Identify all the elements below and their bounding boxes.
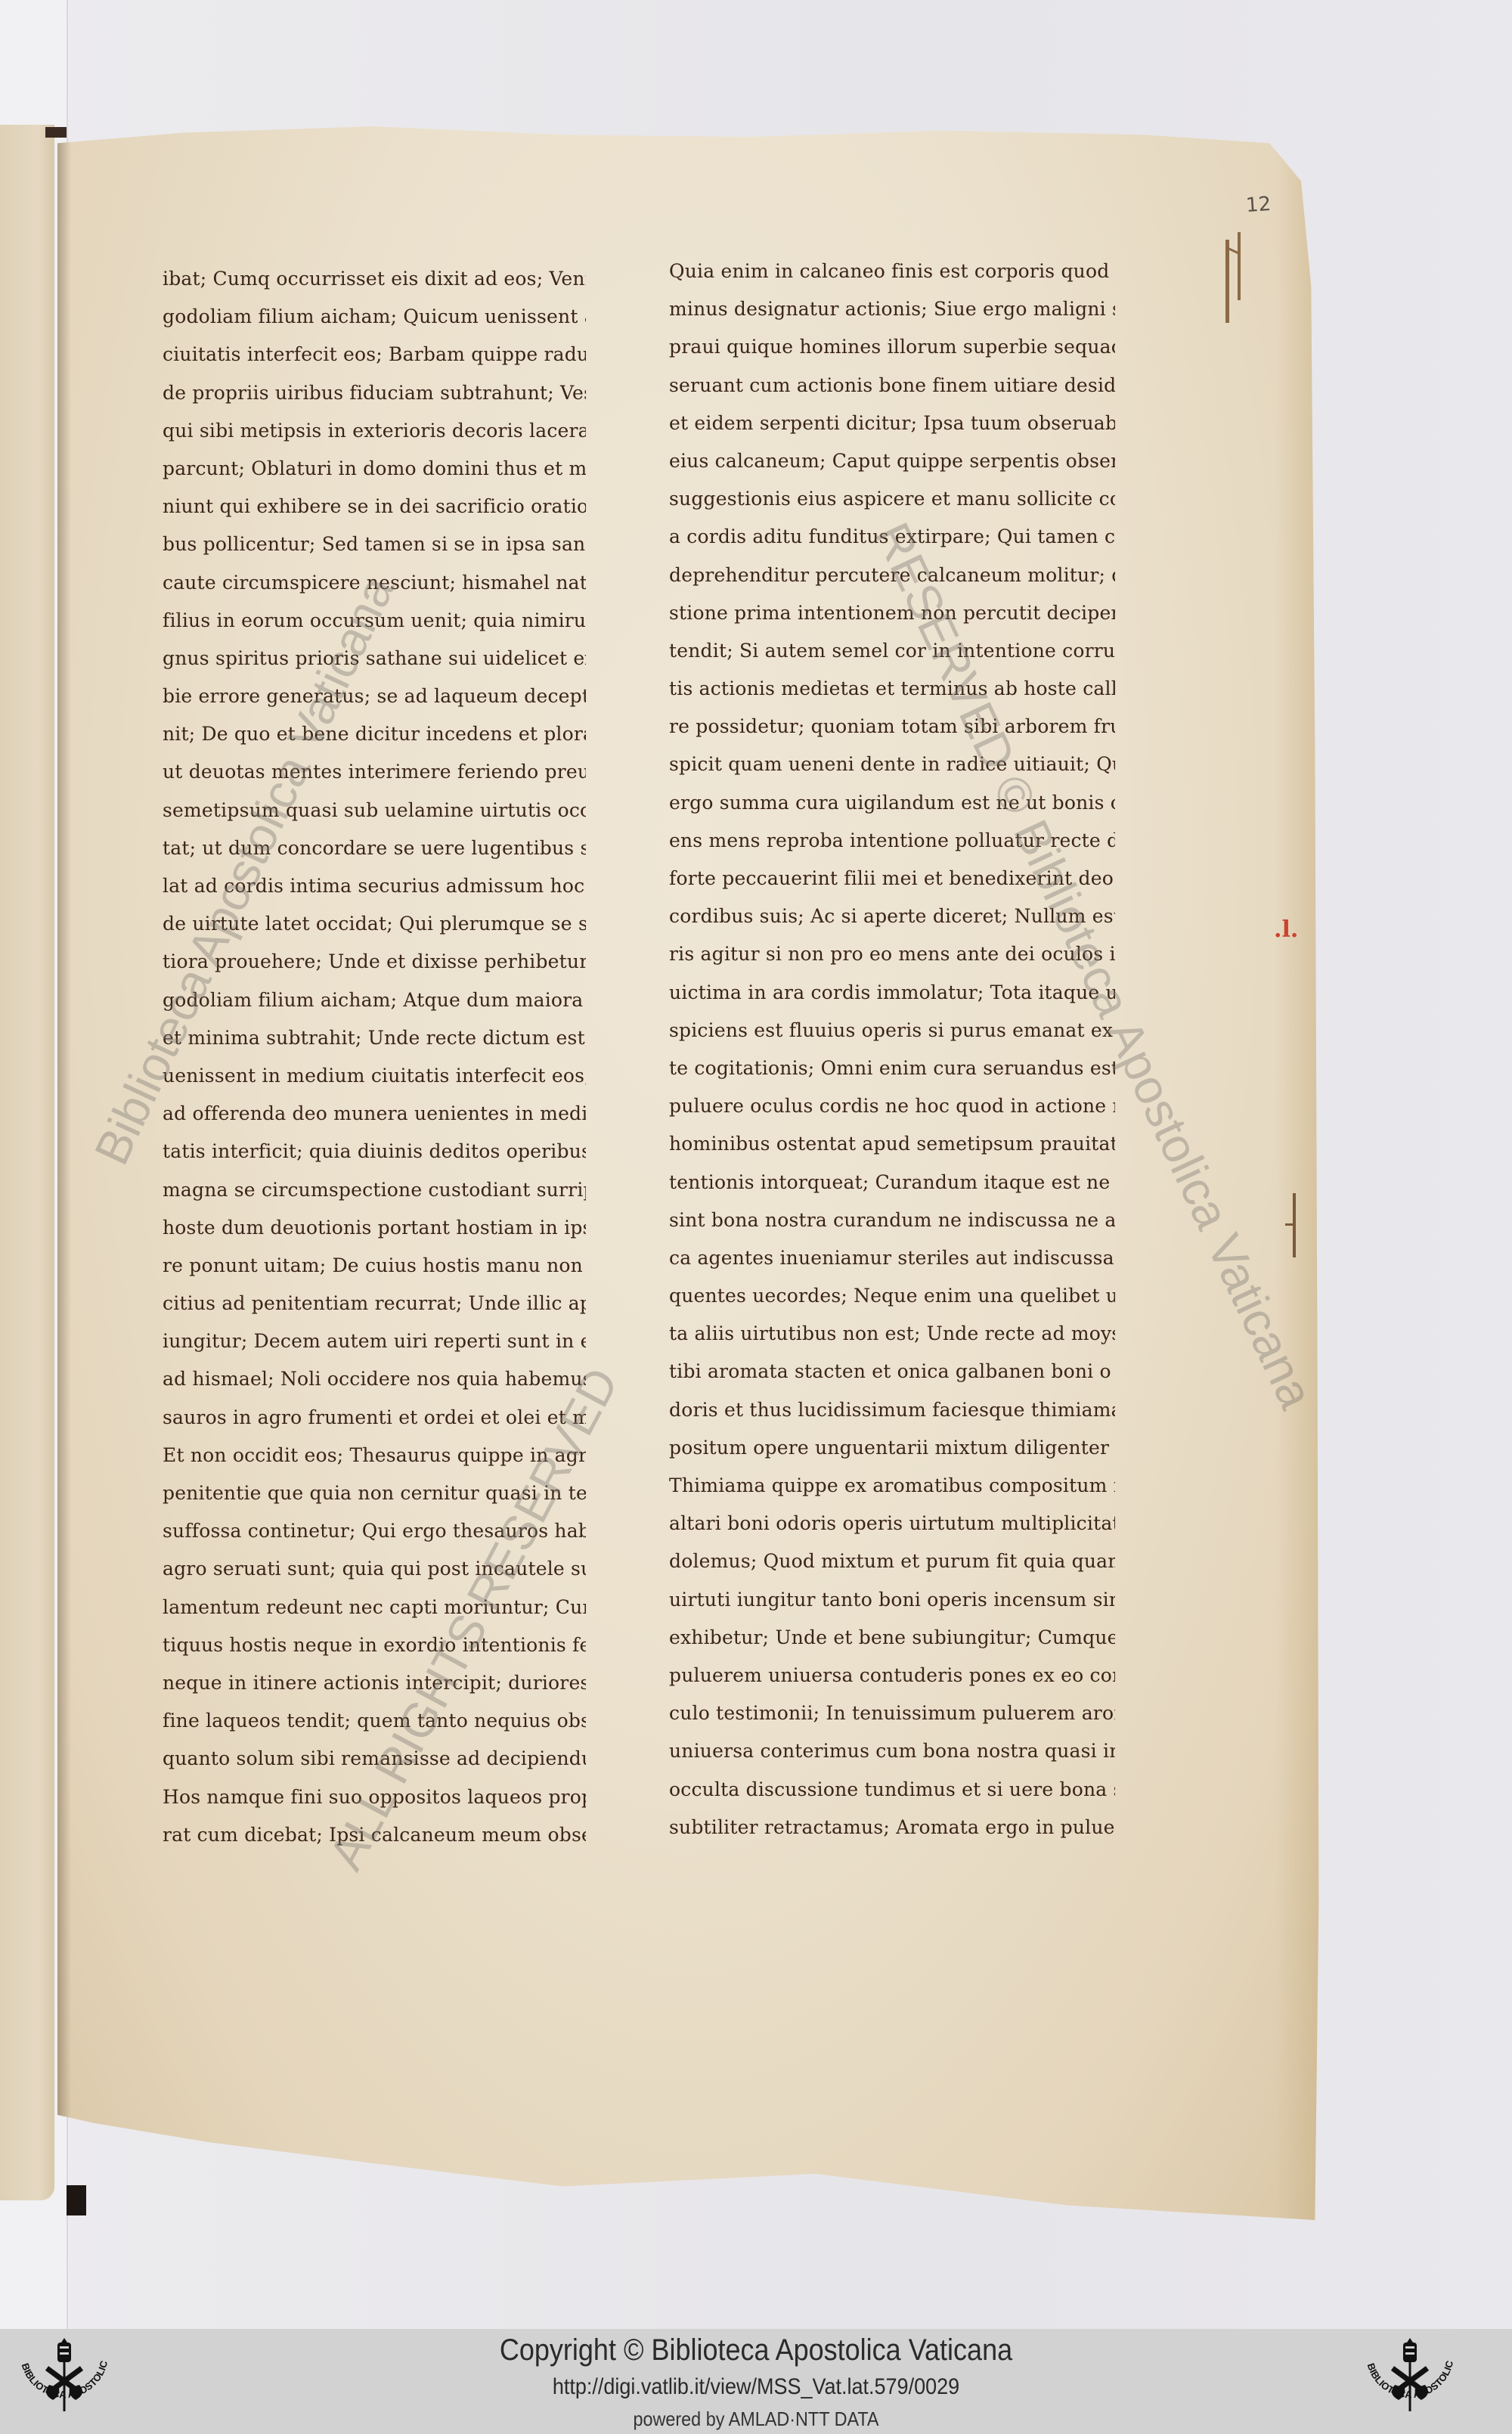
manuscript-line: eius calcaneum; Caput quippe serpentis o… bbox=[669, 442, 1115, 480]
manuscript-line: nit; De quo et bene dicitur incedens et … bbox=[163, 715, 586, 753]
manuscript-line: culo testimonii; In tenuissimum puluerem… bbox=[669, 1694, 1115, 1732]
copyright-footer: BIBLIOTECA APOSTOLICA VATICANA Copyright… bbox=[0, 2329, 1512, 2434]
manuscript-line: ut deuotas mentes interimere feriendo pr… bbox=[163, 753, 586, 791]
marginal-note-icon bbox=[1285, 1193, 1308, 1269]
manuscript-line: ad offerenda deo munera uenientes in med… bbox=[163, 1095, 586, 1133]
image-viewer-canvas[interactable]: 12 .l. ibat; Cumq occurrisset eis dixit … bbox=[0, 0, 1512, 2329]
leaf-edge-shading bbox=[1275, 118, 1320, 2220]
manuscript-line: spiciens est fluuius operis si purus ema… bbox=[669, 1012, 1115, 1050]
vatican-library-logo-icon: BIBLIOTECA APOSTOLICA VATICANA bbox=[1353, 2332, 1467, 2430]
text-column-right: Quia enim in calcaneo finis est corporis… bbox=[669, 253, 1115, 1846]
manuscript-line: positum opere unguentarii mixtum diligen… bbox=[669, 1429, 1115, 1467]
manuscript-line: uirtuti iungitur tanto boni operis incen… bbox=[669, 1581, 1115, 1619]
manuscript-line: minus designatur actionis; Siue ergo mal… bbox=[669, 290, 1115, 328]
manuscript-line: neque in itinere actionis intercipit; du… bbox=[163, 1664, 586, 1702]
manuscript-line: puluerem uniuersa contuderis pones ex eo… bbox=[669, 1657, 1115, 1694]
manuscript-line: Et non occidit eos; Thesaurus quippe in … bbox=[163, 1437, 586, 1474]
text-column-left: ibat; Cumq occurrisset eis dixit ad eos;… bbox=[163, 260, 586, 1854]
manuscript-line: et minima subtrahit; Unde recte dictum e… bbox=[163, 1019, 586, 1057]
manuscript-line: ca agentes inueniamur steriles aut indis… bbox=[669, 1239, 1115, 1277]
rubric-marginal-mark: .l. bbox=[1274, 916, 1298, 943]
manuscript-line: ad hismael; Noli occidere nos quia habem… bbox=[163, 1360, 586, 1398]
manuscript-line: occulta discussione tundimus et si uere … bbox=[669, 1771, 1115, 1809]
manuscript-line: gnus spiritus prioris sathane sui uideli… bbox=[163, 640, 586, 677]
manuscript-line: altari boni odoris operis uirtutum multi… bbox=[669, 1505, 1115, 1543]
manuscript-line: hominibus ostentat apud semetipsum praui… bbox=[669, 1125, 1115, 1163]
manuscript-line: agro seruati sunt; quia qui post incaute… bbox=[163, 1550, 586, 1588]
manuscript-line: sint bona nostra curandum ne indiscussa … bbox=[669, 1201, 1115, 1239]
powered-by-text: powered by AMLAD·NTT DATA bbox=[76, 2408, 1436, 2431]
manuscript-line: godoliam filium aicham; Quicum uenissent… bbox=[163, 298, 586, 336]
manuscript-line: parcunt; Oblaturi in domo domini thus et… bbox=[163, 450, 586, 488]
manuscript-line: lat ad cordis intima securius admissum h… bbox=[163, 867, 586, 905]
manuscript-line: subtiliter retractamus; Aromata ergo in … bbox=[669, 1809, 1115, 1846]
manuscript-line: hoste dum deuotionis portant hostiam in … bbox=[163, 1209, 586, 1247]
manuscript-line: rat cum dicebat; Ipsi calcaneum meum obs… bbox=[163, 1816, 586, 1854]
manuscript-line: tatis interficit; quia diuinis deditos o… bbox=[163, 1133, 586, 1170]
manuscript-line: tibi aromata stacten et onica galbanen b… bbox=[669, 1353, 1115, 1391]
manuscript-line: quanto solum sibi remansisse ad decipien… bbox=[163, 1740, 586, 1778]
manuscript-line: ciuitatis interfecit eos; Barbam quippe … bbox=[163, 336, 586, 374]
manuscript-line: semetipsum quasi sub uelamine uirtutis o… bbox=[163, 792, 586, 829]
manuscript-line: ergo summa cura uigilandum est ne ut bon… bbox=[669, 784, 1115, 822]
manuscript-line: deprehenditur percutere calcaneum molitu… bbox=[669, 557, 1115, 594]
manuscript-line: quentes uecordes; Neque enim una quelibe… bbox=[669, 1277, 1115, 1315]
manuscript-line: tis actionis medietas et terminus ab hos… bbox=[669, 670, 1115, 708]
manuscript-line: cordibus suis; Ac si aperte diceret; Nul… bbox=[669, 898, 1115, 935]
manuscript-line: Quia enim in calcaneo finis est corporis… bbox=[669, 253, 1115, 290]
manuscript-line: puluere oculus cordis ne hoc quod in act… bbox=[669, 1087, 1115, 1125]
manuscript-line: de uirtute latet occidat; Qui plerumque … bbox=[163, 905, 586, 943]
manuscript-line: iungitur; Decem autem uiri reperti sunt … bbox=[163, 1322, 586, 1360]
permalink-url[interactable]: http://digi.vatlib.it/view/MSS_Vat.lat.5… bbox=[76, 2374, 1436, 2400]
manuscript-line: ibat; Cumq occurrisset eis dixit ad eos;… bbox=[163, 260, 586, 298]
binding-spine-top bbox=[45, 127, 67, 138]
manuscript-line: bus pollicentur; Sed tamen si se in ipsa… bbox=[163, 526, 586, 563]
manuscript-line: tiora prouehere; Unde et dixisse perhibe… bbox=[163, 943, 586, 981]
manuscript-line: tiquus hostis neque in exordio intention… bbox=[163, 1626, 586, 1664]
manuscript-line: re ponunt uitam; De cuius hostis manu no… bbox=[163, 1247, 586, 1285]
manuscript-line: tentionis intorqueat; Curandum itaque es… bbox=[669, 1164, 1115, 1201]
manuscript-line: caute circumspicere nesciunt; hismahel n… bbox=[163, 564, 586, 602]
manuscript-line: niunt qui exhibere se in dei sacrificio … bbox=[163, 488, 586, 526]
manuscript-line: seruant cum actionis bone finem uitiare … bbox=[669, 367, 1115, 405]
manuscript-line: re possidetur; quoniam totam sibi arbore… bbox=[669, 708, 1115, 746]
manuscript-line: qui sibi metipsis in exterioris decoris … bbox=[163, 412, 586, 450]
manuscript-line: forte peccauerint filii mei et benedixer… bbox=[669, 860, 1115, 898]
manuscript-line: fine laqueos tendit; quem tanto nequius … bbox=[163, 1702, 586, 1740]
manuscript-line: suggestionis eius aspicere et manu solli… bbox=[669, 480, 1115, 518]
manuscript-line: te cogitationis; Omni enim cura seruandu… bbox=[669, 1050, 1115, 1087]
manuscript-line: tendit; Si autem semel cor in intentione… bbox=[669, 632, 1115, 670]
manuscript-line: uictima in ara cordis immolatur; Tota it… bbox=[669, 974, 1115, 1012]
manuscript-line: Hos namque fini suo oppositos laqueos pr… bbox=[163, 1778, 586, 1816]
manuscript-line: penitentie que quia non cernitur quasi i… bbox=[163, 1474, 586, 1512]
manuscript-line: godoliam filium aicham; Atque dum maiora… bbox=[163, 981, 586, 1019]
manuscript-line: exhibetur; Unde et bene subiungitur; Cum… bbox=[669, 1619, 1115, 1657]
verso-page-edge bbox=[0, 125, 54, 2200]
folio-number: 12 bbox=[1245, 193, 1272, 217]
binding-spine-bottom bbox=[67, 2185, 86, 2215]
quire-mark-icon bbox=[1221, 231, 1251, 325]
manuscript-line: ens mens reproba intentione polluatur re… bbox=[669, 822, 1115, 860]
manuscript-line: stione prima intentionem non percutit de… bbox=[669, 594, 1115, 632]
manuscript-line: Thimiama quippe ex aromatibus compositum… bbox=[669, 1467, 1115, 1505]
manuscript-line: ris agitur si non pro eo mens ante dei o… bbox=[669, 935, 1115, 973]
copyright-text: Copyright © Biblioteca Apostolica Vatica… bbox=[76, 2333, 1436, 2367]
manuscript-line: et eidem serpenti dicitur; Ipsa tuum obs… bbox=[669, 405, 1115, 442]
manuscript-line: bie errore generatus; se ad laqueum dece… bbox=[163, 677, 586, 715]
manuscript-line: doris et thus lucidissimum faciesque thi… bbox=[669, 1391, 1115, 1429]
manuscript-line: uniuersa conterimus cum bona nostra quas… bbox=[669, 1732, 1115, 1770]
manuscript-line: suffossa continetur; Qui ergo thesauros … bbox=[163, 1512, 586, 1550]
manuscript-line: praui quique homines illorum superbie se… bbox=[669, 328, 1115, 366]
manuscript-line: ta aliis uirtutibus non est; Unde recte … bbox=[669, 1315, 1115, 1353]
manuscript-line: lamentum redeunt nec capti moriuntur; Cu… bbox=[163, 1589, 586, 1626]
manuscript-line: sauros in agro frumenti et ordei et olei… bbox=[163, 1399, 586, 1437]
manuscript-line: a cordis aditu funditus extirpare; Qui t… bbox=[669, 518, 1115, 556]
manuscript-line: dolemus; Quod mixtum et purum fit quia q… bbox=[669, 1543, 1115, 1580]
manuscript-line: tat; ut dum concordare se uere lugentibu… bbox=[163, 829, 586, 867]
manuscript-line: citius ad penitentiam recurrat; Unde ill… bbox=[163, 1285, 586, 1322]
manuscript-line: spicit quam ueneni dente in radice uitia… bbox=[669, 746, 1115, 783]
manuscript-line: filius in eorum occursum uenit; quia nim… bbox=[163, 602, 586, 640]
manuscript-line: uenissent in medium ciuitatis interfecit… bbox=[163, 1057, 586, 1095]
manuscript-line: magna se circumspectione custodiant surr… bbox=[163, 1171, 586, 1209]
manuscript-line: de propriis uiribus fiduciam subtrahunt;… bbox=[163, 374, 586, 412]
